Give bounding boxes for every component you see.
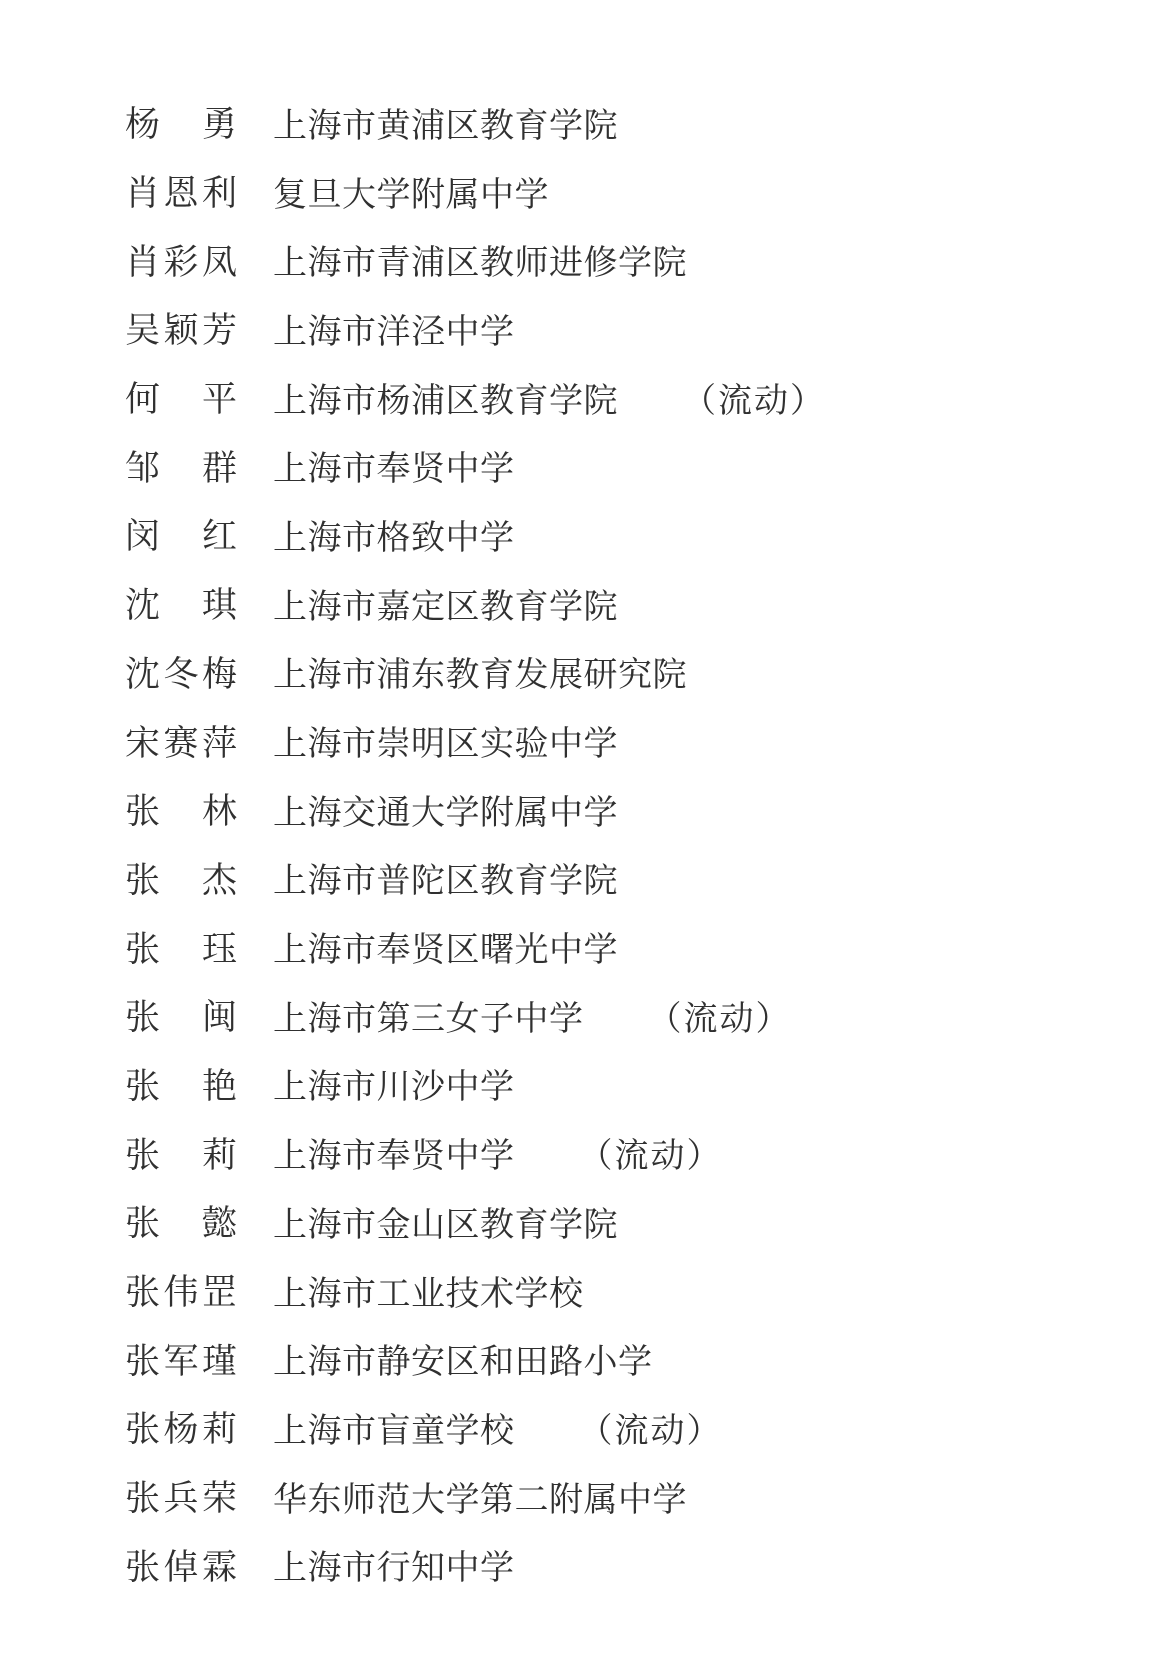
school-name: 上海市格致中学 (273, 510, 515, 559)
list-row: 何平 上海市杨浦区教育学院 （流动） (125, 363, 1170, 432)
list-row: 吴颖芳 上海市洋泾中学 (125, 294, 1170, 363)
teacher-name: 何平 (125, 372, 237, 422)
mobility-note: （流动） (579, 1128, 723, 1177)
teacher-name: 张倬霖 (125, 1540, 237, 1590)
list-row: 沈琪 上海市嘉定区教育学院 (125, 569, 1170, 638)
list-row: 张闽 上海市第三女子中学 （流动） (125, 981, 1170, 1050)
teacher-name: 张懿 (125, 1196, 237, 1246)
teacher-name: 张兵荣 (125, 1471, 237, 1521)
school-name: 华东师范大学第二附属中学 (273, 1472, 687, 1521)
teacher-name: 张杰 (125, 853, 237, 903)
school-name: 上海市黄浦区教育学院 (273, 98, 618, 147)
mobility-note: （流动） (579, 1403, 723, 1452)
list-row: 张伟罡 上海市工业技术学校 (125, 1256, 1170, 1325)
list-row: 张林 上海交通大学附属中学 (125, 775, 1170, 844)
school-name: 上海市奉贤中学 (273, 441, 515, 490)
school-name: 上海交通大学附属中学 (273, 785, 618, 834)
list-row: 张艳 上海市川沙中学 (125, 1050, 1170, 1119)
teacher-name: 张莉 (125, 1128, 237, 1178)
list-row: 肖彩凤 上海市青浦区教师进修学院 (125, 225, 1170, 294)
list-row: 张珏 上海市奉贤区曙光中学 (125, 912, 1170, 981)
school-name: 上海市川沙中学 (273, 1059, 515, 1108)
list-row: 张杰 上海市普陀区教育学院 (125, 844, 1170, 913)
school-name: 上海市奉贤中学 (273, 1128, 515, 1177)
teacher-name: 宋赛萍 (125, 716, 237, 766)
teacher-name: 肖彩凤 (125, 235, 237, 285)
school-name: 上海市洋泾中学 (273, 304, 515, 353)
mobility-note: （流动） (682, 373, 826, 422)
teacher-name: 张艳 (125, 1059, 237, 1109)
list-row: 闵红 上海市格致中学 (125, 500, 1170, 569)
document-page: 杨勇 上海市黄浦区教育学院 肖恩利 复旦大学附属中学 肖彩凤 上海市青浦区教师进… (0, 0, 1170, 1661)
school-name: 上海市静安区和田路小学 (273, 1334, 653, 1383)
teacher-name: 张军瑾 (125, 1334, 237, 1384)
list-row: 杨勇 上海市黄浦区教育学院 (125, 88, 1170, 157)
teacher-name: 张杨莉 (125, 1402, 237, 1452)
school-name: 上海市工业技术学校 (273, 1266, 584, 1315)
teacher-name: 吴颖芳 (125, 303, 237, 353)
teacher-name: 张珏 (125, 922, 237, 972)
school-name: 上海市普陀区教育学院 (273, 853, 618, 902)
teacher-name: 沈冬梅 (125, 647, 237, 697)
school-name: 复旦大学附属中学 (273, 167, 549, 216)
school-name: 上海市青浦区教师进修学院 (273, 235, 687, 284)
school-name: 上海市第三女子中学 (273, 991, 584, 1040)
list-row: 张军瑾 上海市静安区和田路小学 (125, 1324, 1170, 1393)
list-row: 张兵荣 华东师范大学第二附属中学 (125, 1462, 1170, 1531)
list-row: 张莉 上海市奉贤中学 （流动） (125, 1118, 1170, 1187)
school-name: 上海市盲童学校 (273, 1403, 515, 1452)
mobility-note: （流动） (648, 991, 792, 1040)
list-row: 张杨莉 上海市盲童学校 （流动） (125, 1393, 1170, 1462)
list-row: 张倬霖 上海市行知中学 (125, 1530, 1170, 1599)
school-name: 上海市崇明区实验中学 (273, 716, 618, 765)
school-name: 上海市嘉定区教育学院 (273, 579, 618, 628)
teacher-name: 张林 (125, 784, 237, 834)
teacher-list: 杨勇 上海市黄浦区教育学院 肖恩利 复旦大学附属中学 肖彩凤 上海市青浦区教师进… (125, 88, 1170, 1599)
teacher-name: 张闽 (125, 990, 237, 1040)
list-row: 邹群 上海市奉贤中学 (125, 431, 1170, 500)
school-name: 上海市杨浦区教育学院 (273, 373, 618, 422)
list-row: 肖恩利 复旦大学附属中学 (125, 157, 1170, 226)
list-row: 宋赛萍 上海市崇明区实验中学 (125, 706, 1170, 775)
teacher-name: 沈琪 (125, 578, 237, 628)
teacher-name: 邹群 (125, 441, 237, 491)
teacher-name: 杨勇 (125, 97, 237, 147)
teacher-name: 张伟罡 (125, 1265, 237, 1315)
school-name: 上海市奉贤区曙光中学 (273, 922, 618, 971)
school-name: 上海市行知中学 (273, 1540, 515, 1589)
school-name: 上海市浦东教育发展研究院 (273, 647, 687, 696)
list-row: 张懿 上海市金山区教育学院 (125, 1187, 1170, 1256)
teacher-name: 闵红 (125, 509, 237, 559)
list-row: 沈冬梅 上海市浦东教育发展研究院 (125, 638, 1170, 707)
teacher-name: 肖恩利 (125, 166, 237, 216)
school-name: 上海市金山区教育学院 (273, 1197, 618, 1246)
